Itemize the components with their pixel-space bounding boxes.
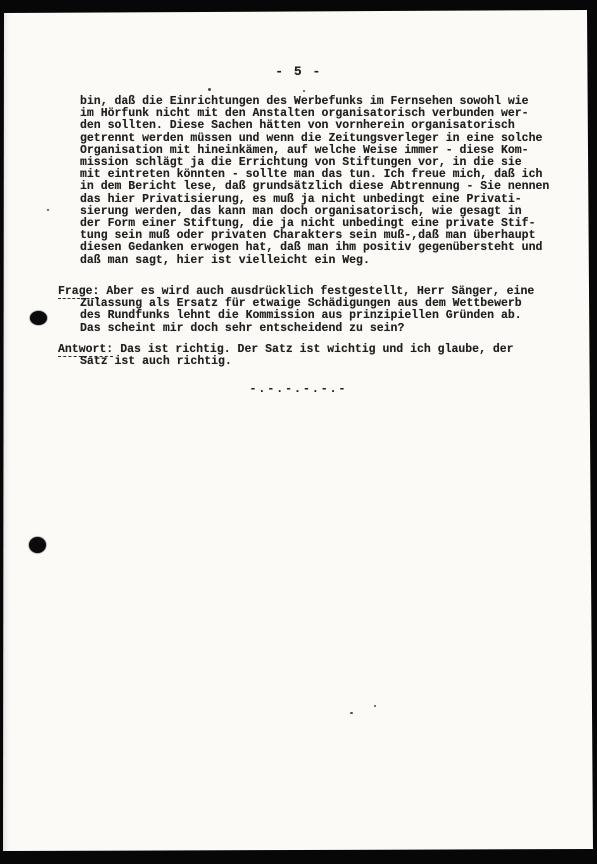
body-paragraph: bin, daß die Einrichtungen des Werbefunk… bbox=[80, 96, 549, 267]
paragraph-line: diesen Gedanken erwogen hat, daß man ihm… bbox=[80, 242, 549, 254]
question-text: Aber es wird auch ausdrücklich festgeste… bbox=[106, 285, 534, 298]
scan-speck bbox=[208, 88, 211, 91]
answer-block: Antwort:Das ist richtig. Der Satz ist wi… bbox=[58, 344, 514, 368]
scanned-document: { "colors": { "paper": "#fbfaf6", "ink":… bbox=[0, 0, 597, 864]
paragraph-line: den sollten. Diese Sachen hätten von vor… bbox=[80, 120, 549, 132]
paragraph-line: daß man sagt, hier ist vielleicht ein We… bbox=[80, 255, 549, 267]
paragraph-line: in dem Bericht lese, daß grundsätzlich d… bbox=[80, 181, 549, 193]
document-page: - 5 - bin, daß die Einrichtungen des Wer… bbox=[0, 0, 597, 864]
hole-punch-mark bbox=[29, 537, 46, 553]
answer-line: Satz ist auch richtig. bbox=[80, 356, 514, 368]
scan-speck bbox=[374, 705, 376, 707]
paragraph-line: getrennt werden müssen und wenn die Zeit… bbox=[80, 133, 549, 145]
scan-speck bbox=[303, 90, 305, 92]
answer-text: Das ist richtig. Der Satz ist wichtig un… bbox=[120, 343, 513, 356]
hole-punch-mark bbox=[30, 311, 47, 325]
question-line: Das scheint mir doch sehr entscheidend z… bbox=[80, 323, 534, 335]
page-number: - 5 - bbox=[0, 66, 597, 78]
scan-speck bbox=[47, 209, 49, 211]
paragraph-line: das hier Privatisierung, es muß ja nicht… bbox=[80, 194, 549, 206]
question-line: des Rundfunks lehnt die Kommission aus p… bbox=[80, 310, 534, 322]
end-divider: -.-.-.-.-.- bbox=[0, 384, 597, 396]
question-block: Frage:Aber es wird auch ausdrücklich fes… bbox=[58, 286, 534, 335]
scan-speck bbox=[350, 712, 353, 714]
